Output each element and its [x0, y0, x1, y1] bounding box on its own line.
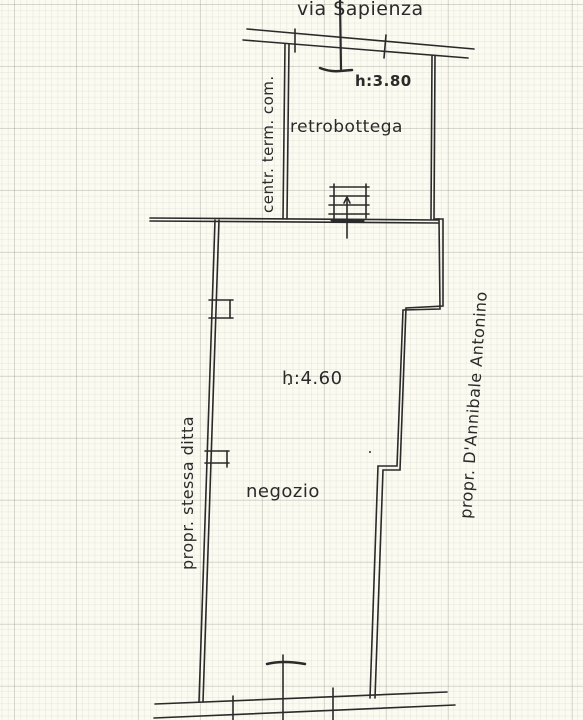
- retrobottega-room-label: retrobottega: [290, 117, 403, 137]
- floor-plan-drawing: [0, 0, 583, 720]
- negozio-left-wall: [199, 220, 233, 702]
- negozio-room-label: negozio: [246, 481, 320, 502]
- street-label: via Sapienza: [297, 0, 424, 20]
- entrance-marker-bottom: [267, 662, 305, 664]
- left-property-label: propr. stessa ditta: [178, 416, 197, 570]
- dividing-wall: [150, 218, 438, 223]
- negozio-right-wall: [370, 219, 443, 698]
- negozio-height-label: h:4.60: [282, 368, 343, 389]
- central-heating-label: centr. term. com.: [259, 75, 277, 213]
- retrobottega-height-label: h:3.80: [355, 72, 412, 90]
- entrance-marker-top: [320, 68, 352, 71]
- stair-icon: [329, 184, 369, 238]
